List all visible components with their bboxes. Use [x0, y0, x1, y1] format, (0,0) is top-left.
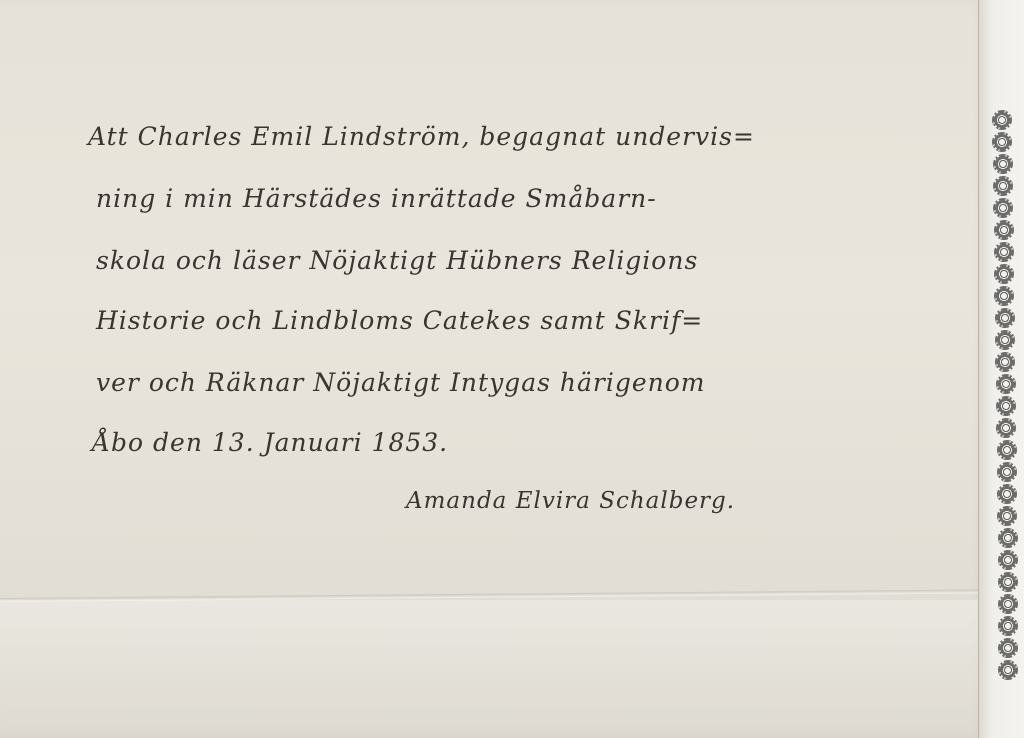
rosette-ornament-icon	[998, 638, 1018, 658]
rosette-ornament-icon	[998, 528, 1018, 548]
rosette-ornament-icon	[994, 264, 1014, 284]
text-line-4: Historie och Lindbloms Catekes samt Skri…	[96, 306, 703, 335]
text-line-2: ning i min Härstädes inrättade Småbarn-	[96, 184, 657, 213]
rosette-ornament-icon	[995, 330, 1015, 350]
text-line-1: Att Charles Emil Lindström, begagnat und…	[88, 122, 755, 151]
lower-page-area	[0, 600, 985, 738]
date-line: Åbo den 13. Januari 1853.	[92, 428, 448, 457]
rosette-ornament-icon	[992, 110, 1012, 130]
signature: Amanda Elvira Schalberg.	[406, 488, 735, 514]
rosette-ornament-icon	[994, 286, 1014, 306]
rosette-ornament-icon	[997, 462, 1017, 482]
rosette-ornament-icon	[995, 352, 1015, 372]
manuscript-page: Att Charles Emil Lindström, begagnat und…	[0, 0, 985, 738]
rosette-ornament-icon	[992, 132, 1012, 152]
rosette-ornament-icon	[993, 198, 1013, 218]
text-line-5: ver och Räknar Nöjaktigt Intygas härigen…	[96, 368, 705, 397]
rosette-ornament-icon	[995, 308, 1015, 328]
rosette-ornament-icon	[996, 374, 1016, 394]
rosette-ornament-icon	[998, 572, 1018, 592]
rosette-ornament-icon	[993, 176, 1013, 196]
rosette-ornament-icon	[997, 506, 1017, 526]
rosette-ornament-icon	[998, 616, 1018, 636]
rosette-ornament-icon	[997, 484, 1017, 504]
rosette-ornament-icon	[996, 396, 1016, 416]
rosette-ornament-icon	[996, 418, 1016, 438]
rosette-ornament-icon	[998, 594, 1018, 614]
rosette-ornament-icon	[998, 550, 1018, 570]
rosette-ornament-icon	[994, 242, 1014, 262]
rosette-ornament-icon	[993, 154, 1013, 174]
text-line-3: skola och läser Nöjaktigt Hübners Religi…	[96, 246, 698, 275]
rosette-ornament-icon	[997, 440, 1017, 460]
decorative-border	[984, 110, 1020, 730]
rosette-ornament-icon	[994, 220, 1014, 240]
rosette-ornament-icon	[998, 660, 1018, 680]
